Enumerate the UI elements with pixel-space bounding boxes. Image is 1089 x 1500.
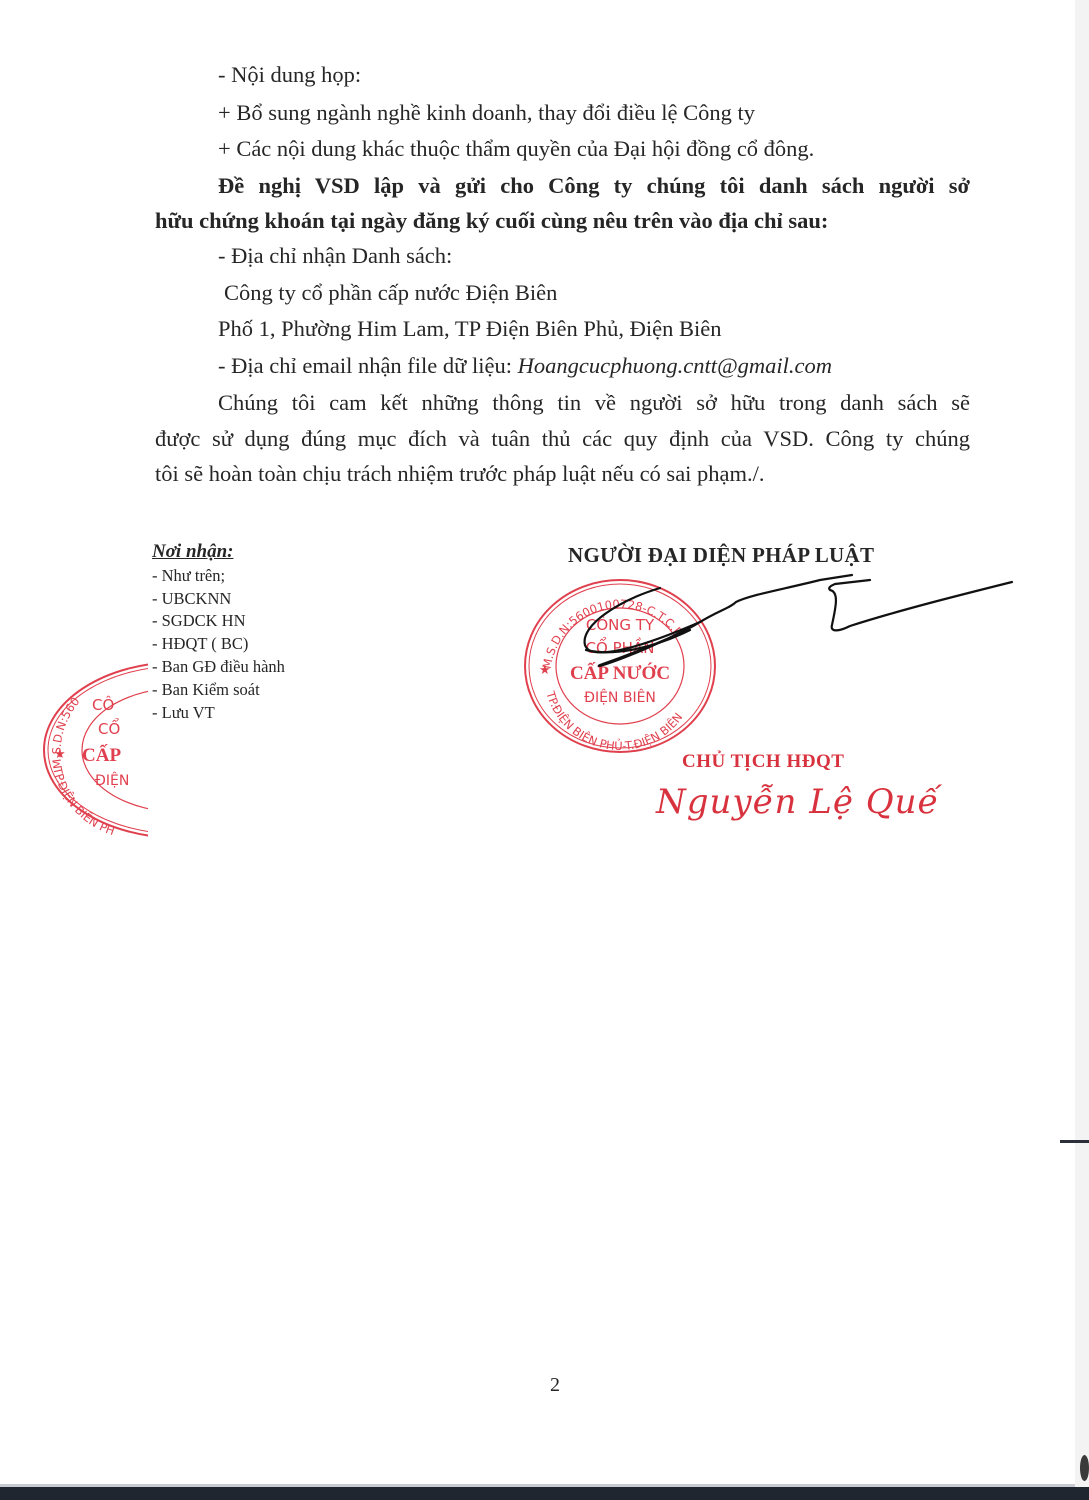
recipients-block: Nơi nhận: - Như trên; - UBCKNN - SGDCK H… [152, 541, 285, 724]
partial-stamp-line1: CÔ [92, 695, 114, 714]
chairman-title: CHỦ TỊCH HĐQT [682, 751, 844, 773]
agenda-item: + Bổ sung ngành nghề kinh doanh, thay đổ… [218, 102, 755, 125]
agenda-item: + Các nội dung khác thuộc thẩm quyền của… [218, 138, 814, 161]
scan-edge-bottom [0, 1487, 1089, 1500]
recipient-item: - Ban Kiểm soát [152, 679, 285, 702]
partial-stamp-line4: ĐIỆN [95, 771, 129, 789]
recipient-item: - Ban GĐ điều hành [152, 656, 285, 679]
page-number: 2 [550, 1374, 560, 1397]
scan-artifact-blob [1080, 1455, 1089, 1481]
commitment-line: Chúng tôi cam kết những thông tin về ngư… [218, 392, 970, 415]
partial-seal-stamp: M.S.D.N:560 TP.ĐIỆN BIÊN PH ★ CÔ CỔ CẤP … [40, 658, 150, 843]
email-value: Hoangcucphuong.cntt@gmail.com [518, 353, 832, 378]
email-line: - Địa chỉ email nhận file dữ liệu: Hoang… [218, 355, 832, 378]
recipient-item: - Như trên; [152, 565, 285, 588]
request-paragraph-line2: hữu chứng khoán tại ngày đăng ký cuối cù… [155, 210, 828, 233]
svg-text:★: ★ [539, 663, 551, 678]
request-paragraph-line1: Đề nghị VSD lập và gửi cho Công ty chúng… [218, 175, 970, 198]
scan-artifact-line [1060, 1140, 1089, 1143]
email-label: - Địa chỉ email nhận file dữ liệu: [218, 353, 518, 378]
recipient-item: - SGDCK HN [152, 610, 285, 633]
partial-stamp-line2: CỔ [98, 717, 120, 738]
commitment-line: được sử dụng đúng mục đích và tuân thủ c… [155, 428, 970, 451]
svg-text:★: ★ [54, 747, 66, 762]
chairman-name: Nguyễn Lệ Quế [656, 782, 939, 822]
address-label: - Địa chỉ nhận Danh sách: [218, 245, 452, 268]
recipients-title: Nơi nhận: [152, 541, 285, 564]
company-address: Phố 1, Phường Him Lam, TP Điện Biên Phủ,… [218, 318, 721, 341]
signature-title: NGƯỜI ĐẠI DIỆN PHÁP LUẬT [568, 543, 874, 568]
meeting-content-label: - Nội dung họp: [218, 64, 361, 87]
partial-stamp-line3: CẤP [82, 744, 121, 766]
recipient-item: - HĐQT ( BC) [152, 633, 285, 656]
commitment-line: tôi sẽ hoàn toàn chịu trách nhiệm trước … [155, 463, 765, 486]
scan-edge [1075, 0, 1089, 1500]
company-name: Công ty cổ phần cấp nước Điện Biên [224, 282, 557, 305]
stamp-line4: ĐIỆN BIÊN [584, 688, 656, 706]
recipient-item: - Lưu VT [152, 702, 285, 725]
handwritten-signature [580, 570, 1020, 680]
recipient-item: - UBCKNN [152, 588, 285, 611]
